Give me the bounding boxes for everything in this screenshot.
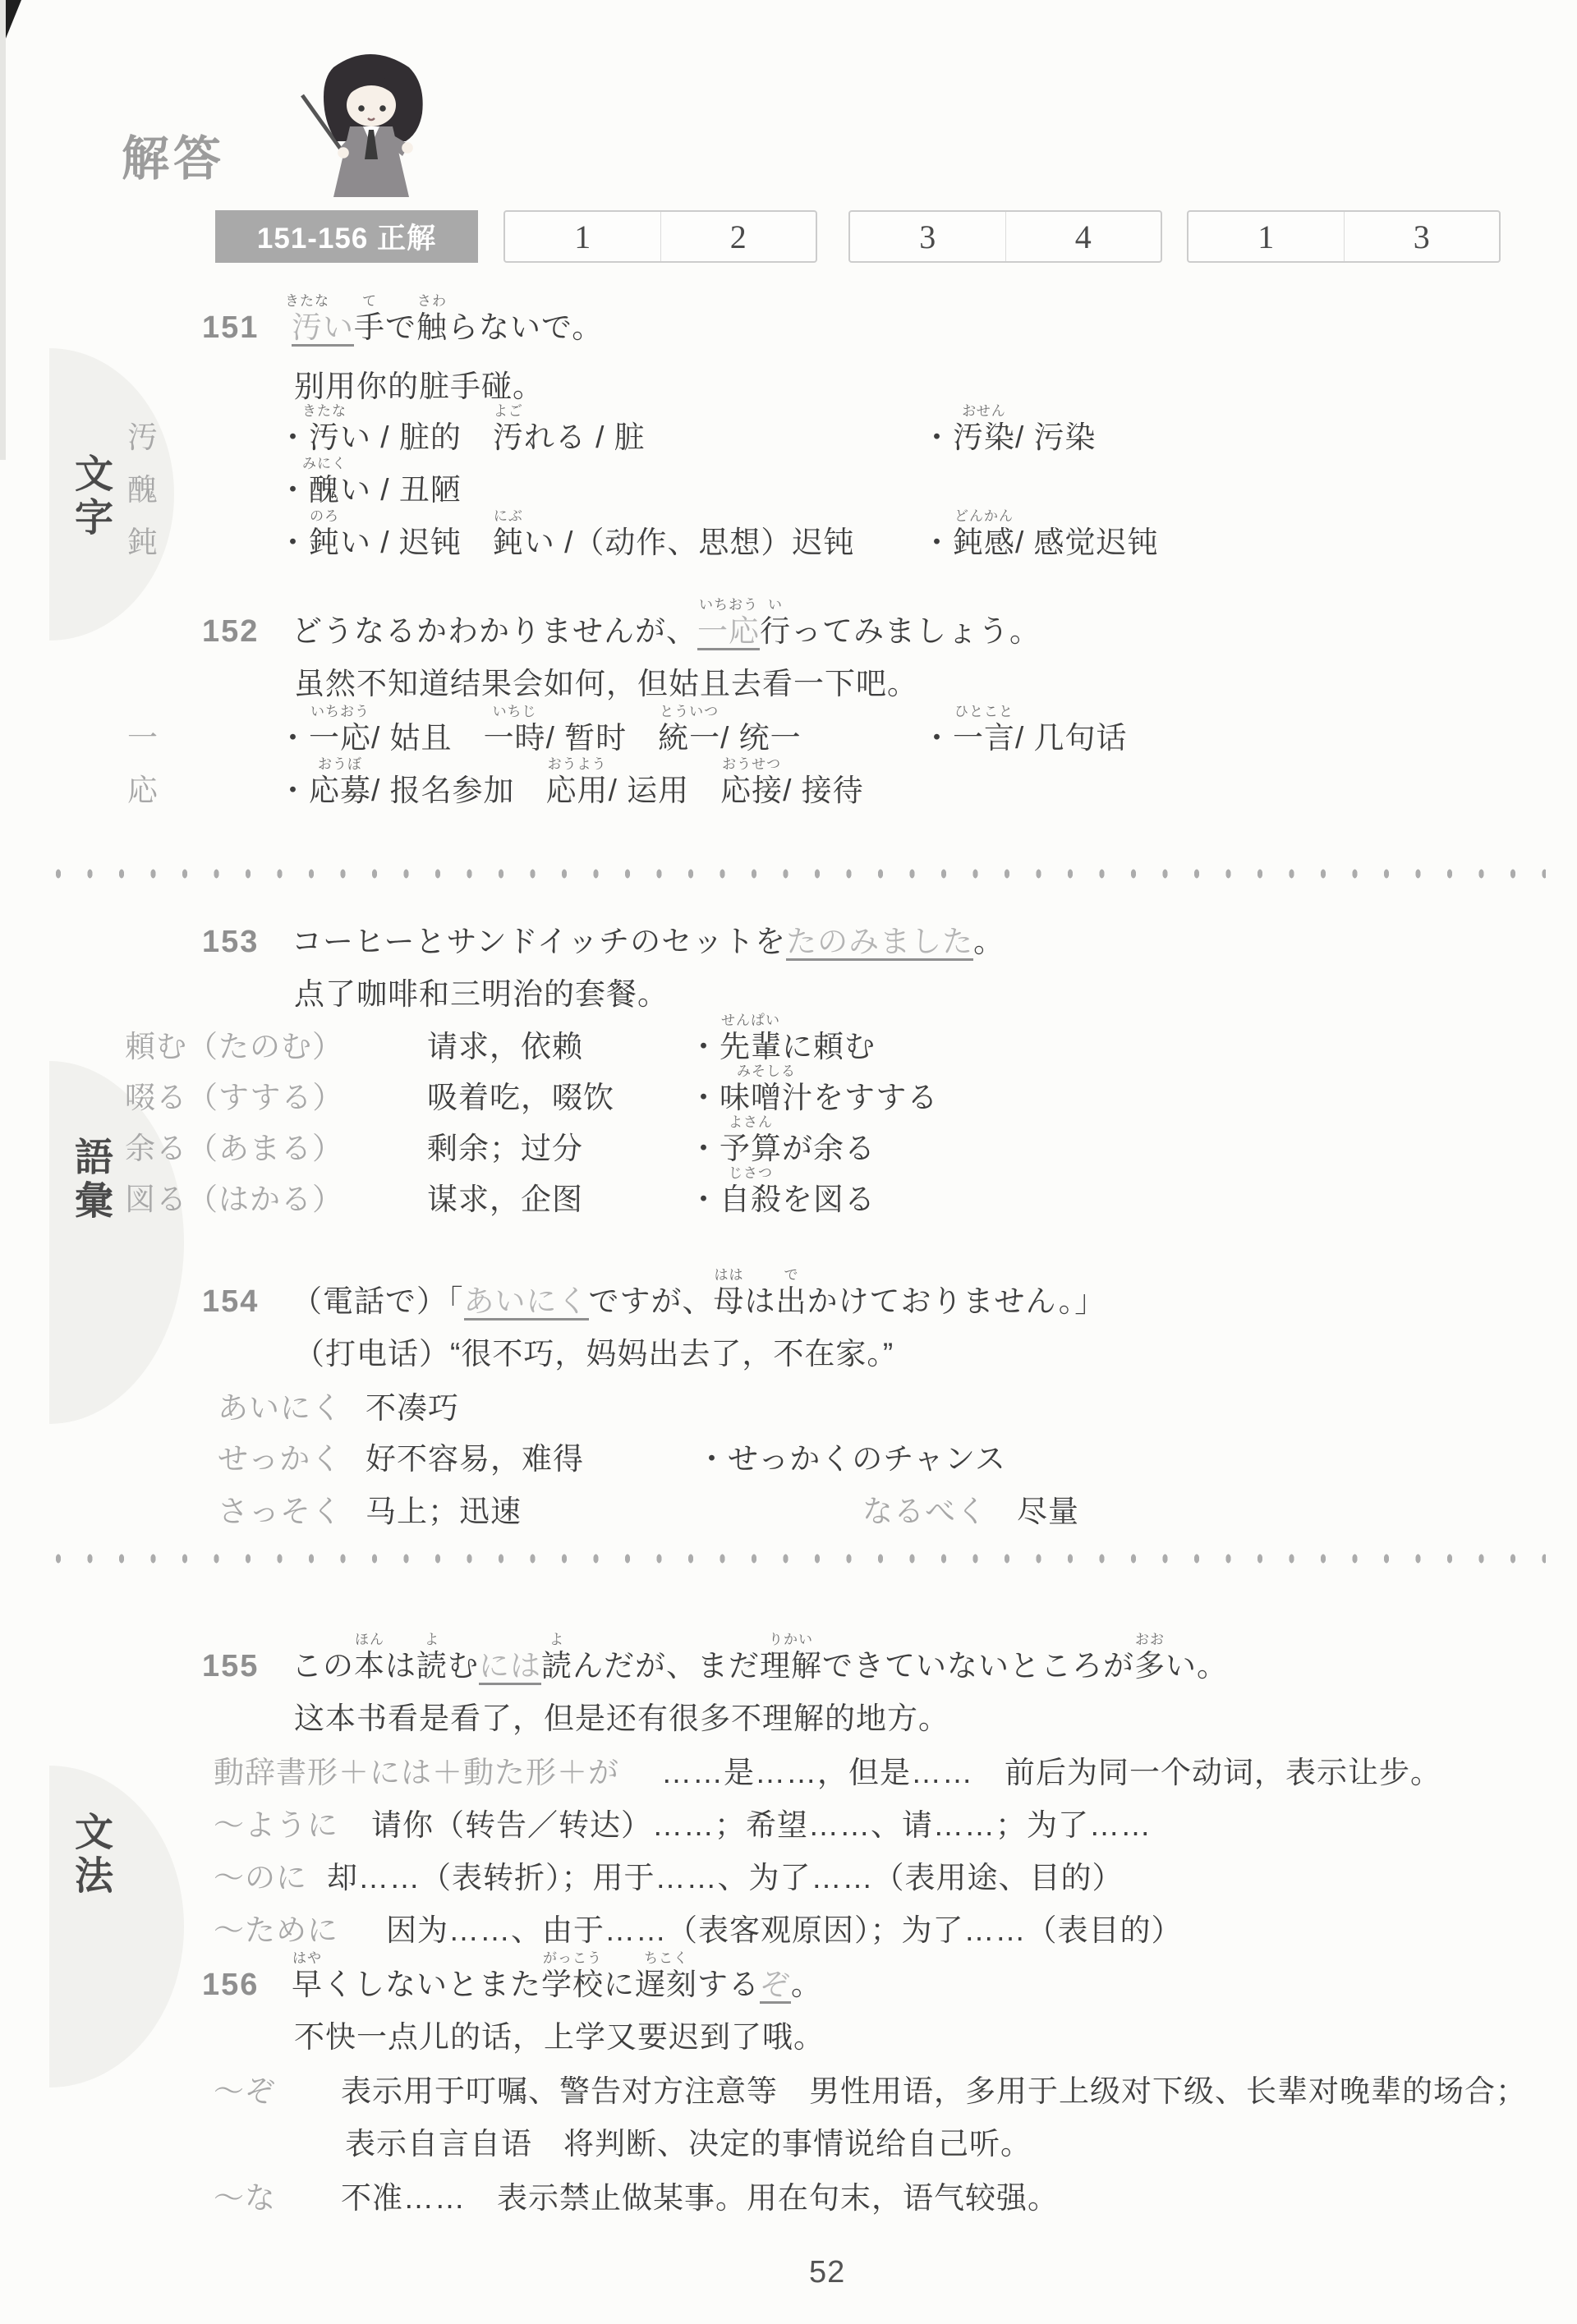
q155-sentence: この本ほんは読よむには読よんだが、まだ理解りかいできていないところが多おおい。	[292, 1629, 1228, 1685]
q156-definition: 表示用于叮嘱、警告对方注意等 男性用语，多用于上级对下级、长辈对晚辈的场合；	[341, 2055, 1527, 2106]
q153-example: ・自殺じさつを図る	[688, 1163, 876, 1215]
q155-pattern: 動辞書形＋には＋動た形＋が	[214, 1736, 619, 1788]
q153-term: 頼む（たのむ）	[125, 1010, 343, 1062]
q152-translation: 虽然不知道结果会如何，但姑且去看一下吧。	[294, 647, 918, 699]
q152-vocab-row: ・ 応募おうぼ / 报名参加 応用おうよう / 运用 応接おうせつ / 接待	[278, 754, 864, 806]
q154-term: せっかく	[218, 1422, 342, 1474]
q153-definition: 剩余；过分	[427, 1112, 583, 1164]
answer-cell: 1	[1188, 212, 1344, 261]
q153-term: 図る（はかる）	[125, 1163, 343, 1215]
q151-number: 151	[202, 291, 259, 343]
section-tab-bunpou: 文法	[72, 1812, 111, 1899]
q153-translation: 点了咖啡和三明治的套餐。	[294, 958, 669, 1009]
q155-pattern: ～のに	[214, 1841, 307, 1893]
q154-translation: （打电话）“很不巧，妈妈出去了，不在家。”	[294, 1317, 894, 1369]
q153-definition: 吸着吃，啜饮	[427, 1061, 614, 1113]
q155-definition: 请你（转告／转达）……；希望……、请……；为了……	[371, 1789, 1152, 1840]
q156-sentence: 早はやくしないとまた学校がっこうに遅刻ちこくするぞ。	[292, 1948, 822, 2004]
q151-translation: 别用你的脏手碰。	[294, 350, 544, 402]
teacher-girl-illustration	[278, 41, 468, 202]
q154-sentence: （電話で）「あいにくですが、母ははは出でかけておりません。」	[292, 1265, 1106, 1320]
q152-sentence: どうなるかわかりませんが、一応いちおう行いってみましょう。	[292, 595, 1041, 650]
q153-sentence: コーヒーとサンドイッチのセットをたのみました。	[292, 905, 1005, 961]
q151-kanji-head: 醜	[127, 453, 159, 505]
page-number: 52	[809, 2255, 845, 2290]
answer-range-banner: 151-156 正解	[215, 210, 478, 263]
q151-vocab-row: ・ 鈍のろい / 迟钝 鈍にぶい /（动作、思想）迟钝	[278, 506, 854, 558]
q151-kanji-head: 鈍	[127, 506, 159, 558]
q151-vocab-row: ・ 汚きたない / 脏的 汚よごれる / 脏	[278, 401, 646, 452]
q154-number: 154	[202, 1265, 259, 1317]
answer-cell: 3	[1344, 212, 1500, 261]
q153-example: ・予算よさんが余る	[688, 1112, 876, 1164]
dotted-separator	[43, 867, 1546, 880]
q154-definition: 不凑巧	[366, 1371, 459, 1423]
answer-box-group-1: 1 2	[503, 210, 817, 263]
q153-number: 153	[202, 905, 259, 958]
q153-definition: 谋求，企图	[427, 1163, 583, 1215]
q153-example: ・先輩せんぱいに頼む	[688, 1010, 876, 1062]
page-title: 解答	[122, 120, 225, 189]
answer-cell: 2	[660, 212, 816, 261]
q155-pattern: ～ために	[214, 1894, 338, 1945]
q156-pattern: ～ぞ	[214, 2055, 276, 2106]
answer-cell: 1	[505, 212, 660, 261]
q154-term: あいにく	[218, 1371, 343, 1423]
q153-term: 余る（あまる）	[125, 1112, 343, 1164]
q155-translation: 这本书看是看了，但是还有很多不理解的地方。	[294, 1682, 949, 1734]
section-tab-goi: 語彙	[72, 1137, 111, 1224]
q154-example: ・せっかくのチャンス	[697, 1422, 1006, 1474]
q155-definition: ……是……，但是…… 前后为同一个动词，表示让步。	[661, 1736, 1441, 1788]
dotted-separator	[43, 1552, 1546, 1565]
q155-pattern: ～ように	[214, 1789, 338, 1840]
q154-definition: 马上；迅速	[366, 1475, 522, 1527]
q156-translation: 不快一点儿的话，上学又要迟到了哦。	[294, 2000, 825, 2052]
q152-kanji-head: 一	[127, 701, 159, 753]
q155-definition: 因为……、由于……（表客观原因）；为了……（表目的）	[386, 1894, 1183, 1945]
q151-sentence: 汚きたない手てで触さわらないで。	[292, 291, 603, 347]
q154-term: なるべく	[862, 1475, 987, 1527]
section-tab-moji: 文字	[72, 453, 111, 540]
q156-pattern: ～な	[214, 2161, 276, 2213]
q152-vocab-example: ・一言ひとこと / 几句话	[922, 701, 1128, 753]
q154-definition: 尽量	[1017, 1475, 1079, 1527]
q156-number: 156	[202, 1948, 259, 2000]
q151-vocab-example: ・汚染おせん / 污染	[922, 401, 1097, 452]
q155-number: 155	[202, 1629, 259, 1682]
answer-box-group-2: 3 4	[848, 210, 1162, 263]
q156-definition: 不准…… 表示禁止做某事。用在句末，语气较强。	[341, 2161, 1059, 2213]
answer-box-group-3: 1 3	[1187, 210, 1501, 263]
q152-number: 152	[202, 595, 259, 647]
scan-edge-artifact	[0, 0, 6, 460]
q151-kanji-head: 汚	[127, 401, 159, 452]
q153-term: 啜る（すする）	[125, 1061, 343, 1113]
textbook-answer-page: 文字 語彙 文法 解答 151-156 正解 1 2 3 4 1 3 151 汚…	[0, 0, 1577, 2324]
answer-cell: 4	[1005, 212, 1161, 261]
q154-term: さっそく	[218, 1475, 343, 1527]
q151-vocab-row: ・ 醜みにくい / 丑陋	[278, 453, 462, 505]
q153-example: ・味噌汁みそしるをすする	[688, 1061, 938, 1113]
q154-definition: 好不容易，难得	[366, 1422, 584, 1474]
q155-definition: 却……（表转折）；用于……、为了……（表用途、目的）	[327, 1841, 1124, 1893]
q152-vocab-row: ・ 一応いちおう / 姑且 一時いちじ / 暂时 統一とういつ / 统一	[278, 701, 802, 753]
answer-cell: 3	[850, 212, 1005, 261]
q151-vocab-example: ・鈍感どんかん / 感觉迟钝	[922, 506, 1159, 558]
q153-definition: 请求，依赖	[427, 1010, 583, 1062]
q152-kanji-head: 応	[127, 754, 159, 806]
q156-definition-cont: 表示自言自语 将判断、决定的事情说给自己听。	[345, 2107, 1032, 2159]
